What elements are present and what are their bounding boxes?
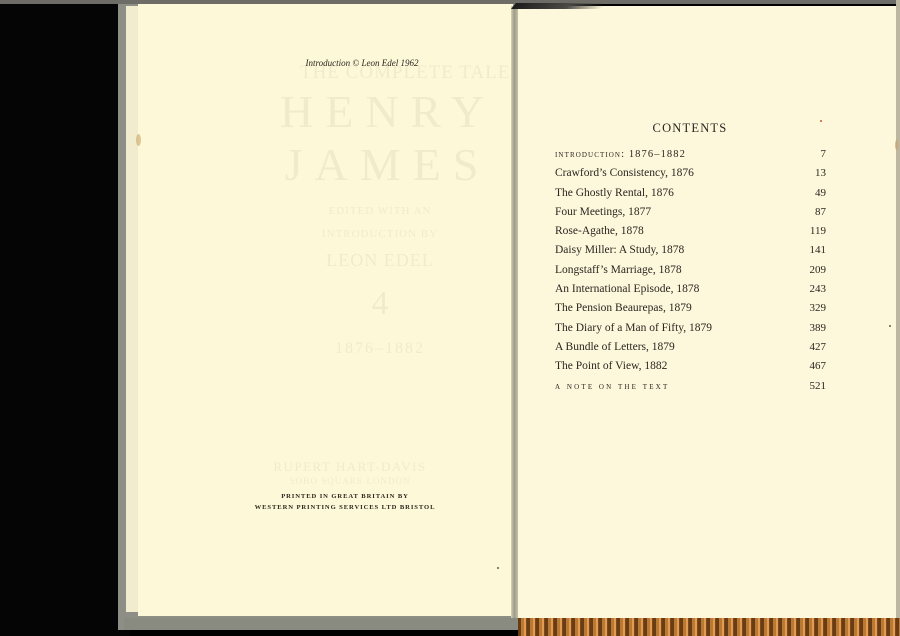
striped-surface (518, 618, 900, 636)
toc-title: Four Meetings, 1877 (555, 206, 651, 218)
toc-title: Daisy Miller: A Study, 1878 (555, 244, 684, 256)
toc-entry[interactable]: The Point of View, 1882467 (555, 360, 826, 379)
toc-title: The Point of View, 1882 (555, 360, 667, 372)
toc-page: 329 (810, 302, 827, 314)
printer-line: PRINTED IN GREAT BRITAIN BY (232, 491, 458, 502)
toc-page: 87 (815, 206, 826, 218)
toc-page: 209 (810, 264, 827, 276)
toc-title: A Bundle of Letters, 1879 (555, 341, 675, 353)
toc-entry[interactable]: The Pension Beaurepas, 1879329 (555, 302, 826, 321)
toc-title: The Pension Beaurepas, 1879 (555, 302, 692, 314)
book-gutter (511, 6, 518, 618)
show-through-line: JAMES (280, 138, 495, 191)
show-through-line: EDITED WITH AN (300, 205, 460, 217)
table-of-contents: Introduction: 1876–18827 Crawford’s Cons… (555, 148, 826, 399)
speck (497, 567, 499, 569)
contents-heading: CONTENTS (550, 121, 830, 136)
toc-page: 49 (815, 187, 826, 199)
speck (889, 325, 891, 327)
toc-page: 243 (810, 283, 827, 295)
stain (136, 134, 141, 146)
show-through-line: 1876–1882 (300, 340, 460, 358)
toc-title: Rose-Agathe, 1878 (555, 225, 644, 237)
toc-page: 467 (810, 360, 827, 372)
printer-line: WESTERN PRINTING SERVICES LTD BRISTOL (232, 502, 458, 513)
toc-entry[interactable]: The Ghostly Rental, 187649 (555, 187, 826, 206)
toc-page: 141 (810, 244, 827, 256)
toc-title: An International Episode, 1878 (555, 283, 699, 295)
stain (895, 140, 898, 150)
cover-board-bottom (124, 618, 519, 630)
printer-imprint: PRINTED IN GREAT BRITAIN BY WESTERN PRIN… (232, 491, 458, 513)
toc-title: Crawford’s Consistency, 1876 (555, 167, 694, 179)
toc-entry[interactable]: Longstaff’s Marriage, 1878209 (555, 264, 826, 283)
toc-entry[interactable]: Crawford’s Consistency, 187613 (555, 167, 826, 186)
show-through-line: SOHO SQUARE LONDON (250, 476, 450, 486)
page-shadow (511, 3, 606, 9)
toc-entry[interactable]: Daisy Miller: A Study, 1878141 (555, 244, 826, 263)
toc-entry[interactable]: Rose-Agathe, 1878119 (555, 225, 826, 244)
toc-page: 521 (810, 380, 827, 392)
show-through-line: HENRY (280, 85, 495, 138)
show-through-line: LEON EDEL (300, 250, 460, 271)
toc-title: A Note on the Text (555, 382, 669, 392)
show-through-line: RUPERT HART-DAVIS (250, 459, 450, 475)
toc-title: The Diary of a Man of Fifty, 1879 (555, 322, 712, 334)
toc-title: Introduction: 1876–1882 (555, 149, 686, 160)
toc-title: Longstaff’s Marriage, 1878 (555, 264, 682, 276)
toc-entry[interactable]: An International Episode, 1878243 (555, 283, 826, 302)
show-through-line: INTRODUCTION BY (300, 228, 460, 240)
toc-entry[interactable]: Introduction: 1876–18827 (555, 148, 826, 167)
show-through-line: 4 (300, 285, 460, 323)
toc-page: 13 (815, 167, 826, 179)
toc-page: 7 (821, 148, 827, 160)
toc-entry[interactable]: Four Meetings, 187787 (555, 206, 826, 225)
toc-title: The Ghostly Rental, 1876 (555, 187, 674, 199)
toc-page: 389 (810, 322, 827, 334)
toc-entry[interactable]: The Diary of a Man of Fifty, 1879389 (555, 322, 826, 341)
toc-page: 427 (810, 341, 827, 353)
right-page-edge (896, 0, 900, 618)
toc-entry[interactable]: A Bundle of Letters, 1879427 (555, 341, 826, 360)
dark-background (0, 0, 130, 636)
toc-entry[interactable]: A Note on the Text521 (555, 380, 826, 399)
copyright-notice: Introduction © Leon Edel 1962 (262, 58, 462, 68)
toc-page: 119 (810, 225, 826, 237)
